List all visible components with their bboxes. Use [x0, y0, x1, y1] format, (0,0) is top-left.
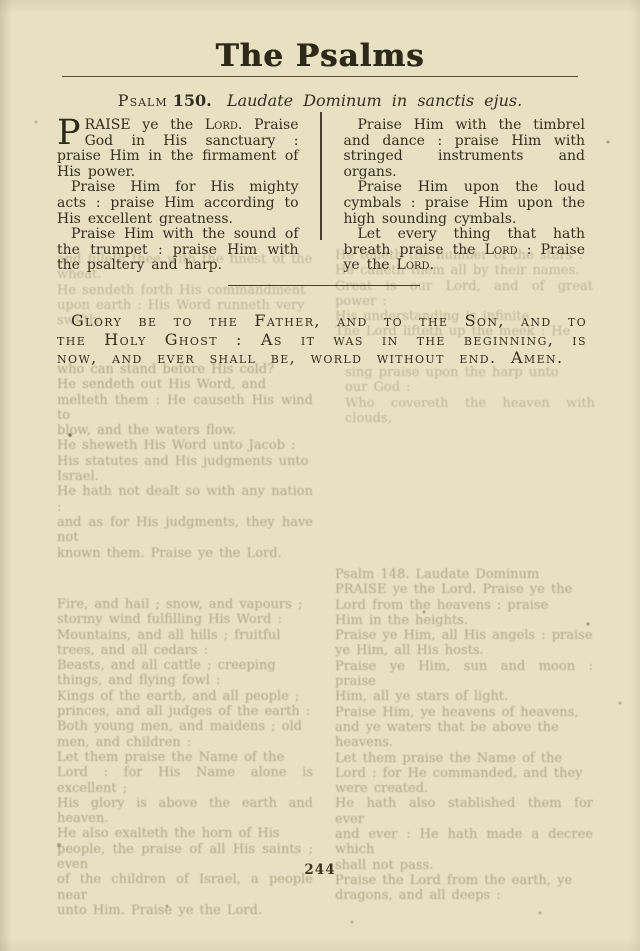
psalm-verse: Let every thing that hath breath praise …: [344, 227, 586, 274]
title-rule: [62, 76, 578, 77]
psalm-verse-text: RAISE ye the Lord. Praise God in His san…: [57, 117, 299, 180]
psalm-verse: Praise Him with the sound of the trumpet…: [57, 227, 299, 274]
right-column: Praise Him with the timbrel and dance : …: [344, 118, 586, 274]
page-title: The Psalms: [0, 38, 640, 74]
psalm-verse: Praise Him with the timbrel and dance : …: [344, 118, 586, 180]
dropcap-initial: P: [57, 118, 85, 147]
page-number: 244: [0, 862, 640, 878]
column-divider: [320, 112, 322, 240]
bleedthrough-left-low: who can stand before His cold? He sendet…: [57, 362, 313, 561]
psalm-latin-title: Laudate Dominum in sanctis ejus.: [227, 91, 522, 110]
psalm-label: Psalm: [118, 91, 168, 110]
bleedthrough-right-mid2: sing praise upon the harp unto our God :…: [345, 365, 595, 426]
gloria-patri-doxology: Glory be to the Father, and to the Son, …: [57, 312, 587, 368]
section-rule: [228, 285, 420, 286]
psalm-verse: PRAISE ye the Lord. Praise God in His sa…: [57, 118, 299, 180]
psalm-heading: Psalm 150. Laudate Dominum in sanctis ej…: [0, 91, 640, 110]
bleedthrough-right-bottom: Psalm 148. Laudate Dominum PRAISE ye the…: [335, 567, 593, 904]
psalm-number: 150.: [173, 91, 212, 110]
left-column: PRAISE ye the Lord. Praise God in His sa…: [57, 118, 299, 274]
psalm-verse: Praise Him upon the loud cymbals : prais…: [344, 180, 586, 227]
psalm-verse: Praise Him for His mighty acts : praise …: [57, 180, 299, 227]
